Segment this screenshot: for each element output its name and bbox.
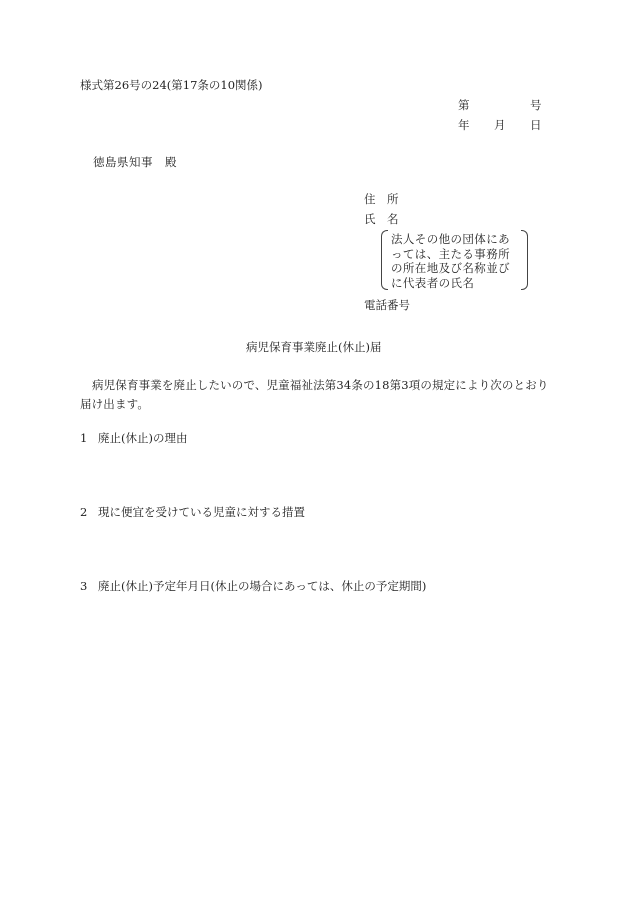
section-label: 現に便宜を受けている児童に対する措置 [98,505,305,519]
date-month: 月 [494,120,506,132]
date-day: 日 [530,120,542,132]
phone-label: 電話番号 [364,300,410,312]
right-bracket [521,230,528,290]
left-bracket [381,230,388,290]
number-suffix: 号 [530,100,542,112]
body-text: 病児保育事業を廃止したいので、児童福祉法第34条の18第3項の規定により次のとお… [80,376,550,414]
address-label: 住 所 [364,194,399,214]
corporate-note: 法人その他の団体にあっては、主たる事務所の所在地及び名称並びに代表者の氏名 [381,230,528,288]
section-number: 3 [80,581,98,593]
section-number: 1 [80,433,98,445]
corporate-note-text: 法人その他の団体にあっては、主たる事務所の所在地及び名称並びに代表者の氏名 [391,232,521,290]
applicant-block: 住 所 氏 名 [364,194,399,234]
section-label: 廃止(休止)予定年月日(休止の場合にあっては、休止の予定期間) [98,579,426,593]
section-label: 廃止(休止)の理由 [98,431,187,445]
date-year: 年 [458,120,470,132]
form-number: 様式第26号の24(第17条の10関係) [80,80,263,92]
number-prefix: 第 [458,100,470,112]
addressee: 徳島県知事 殿 [93,157,177,169]
section-reason: 1廃止(休止)の理由 [80,433,187,445]
section-number: 2 [80,507,98,519]
section-measures: 2現に便宜を受けている児童に対する措置 [80,507,305,519]
document-title: 病児保育事業廃止(休止)届 [246,342,381,354]
section-scheduled-date: 3廃止(休止)予定年月日(休止の場合にあっては、休止の予定期間) [80,581,426,593]
